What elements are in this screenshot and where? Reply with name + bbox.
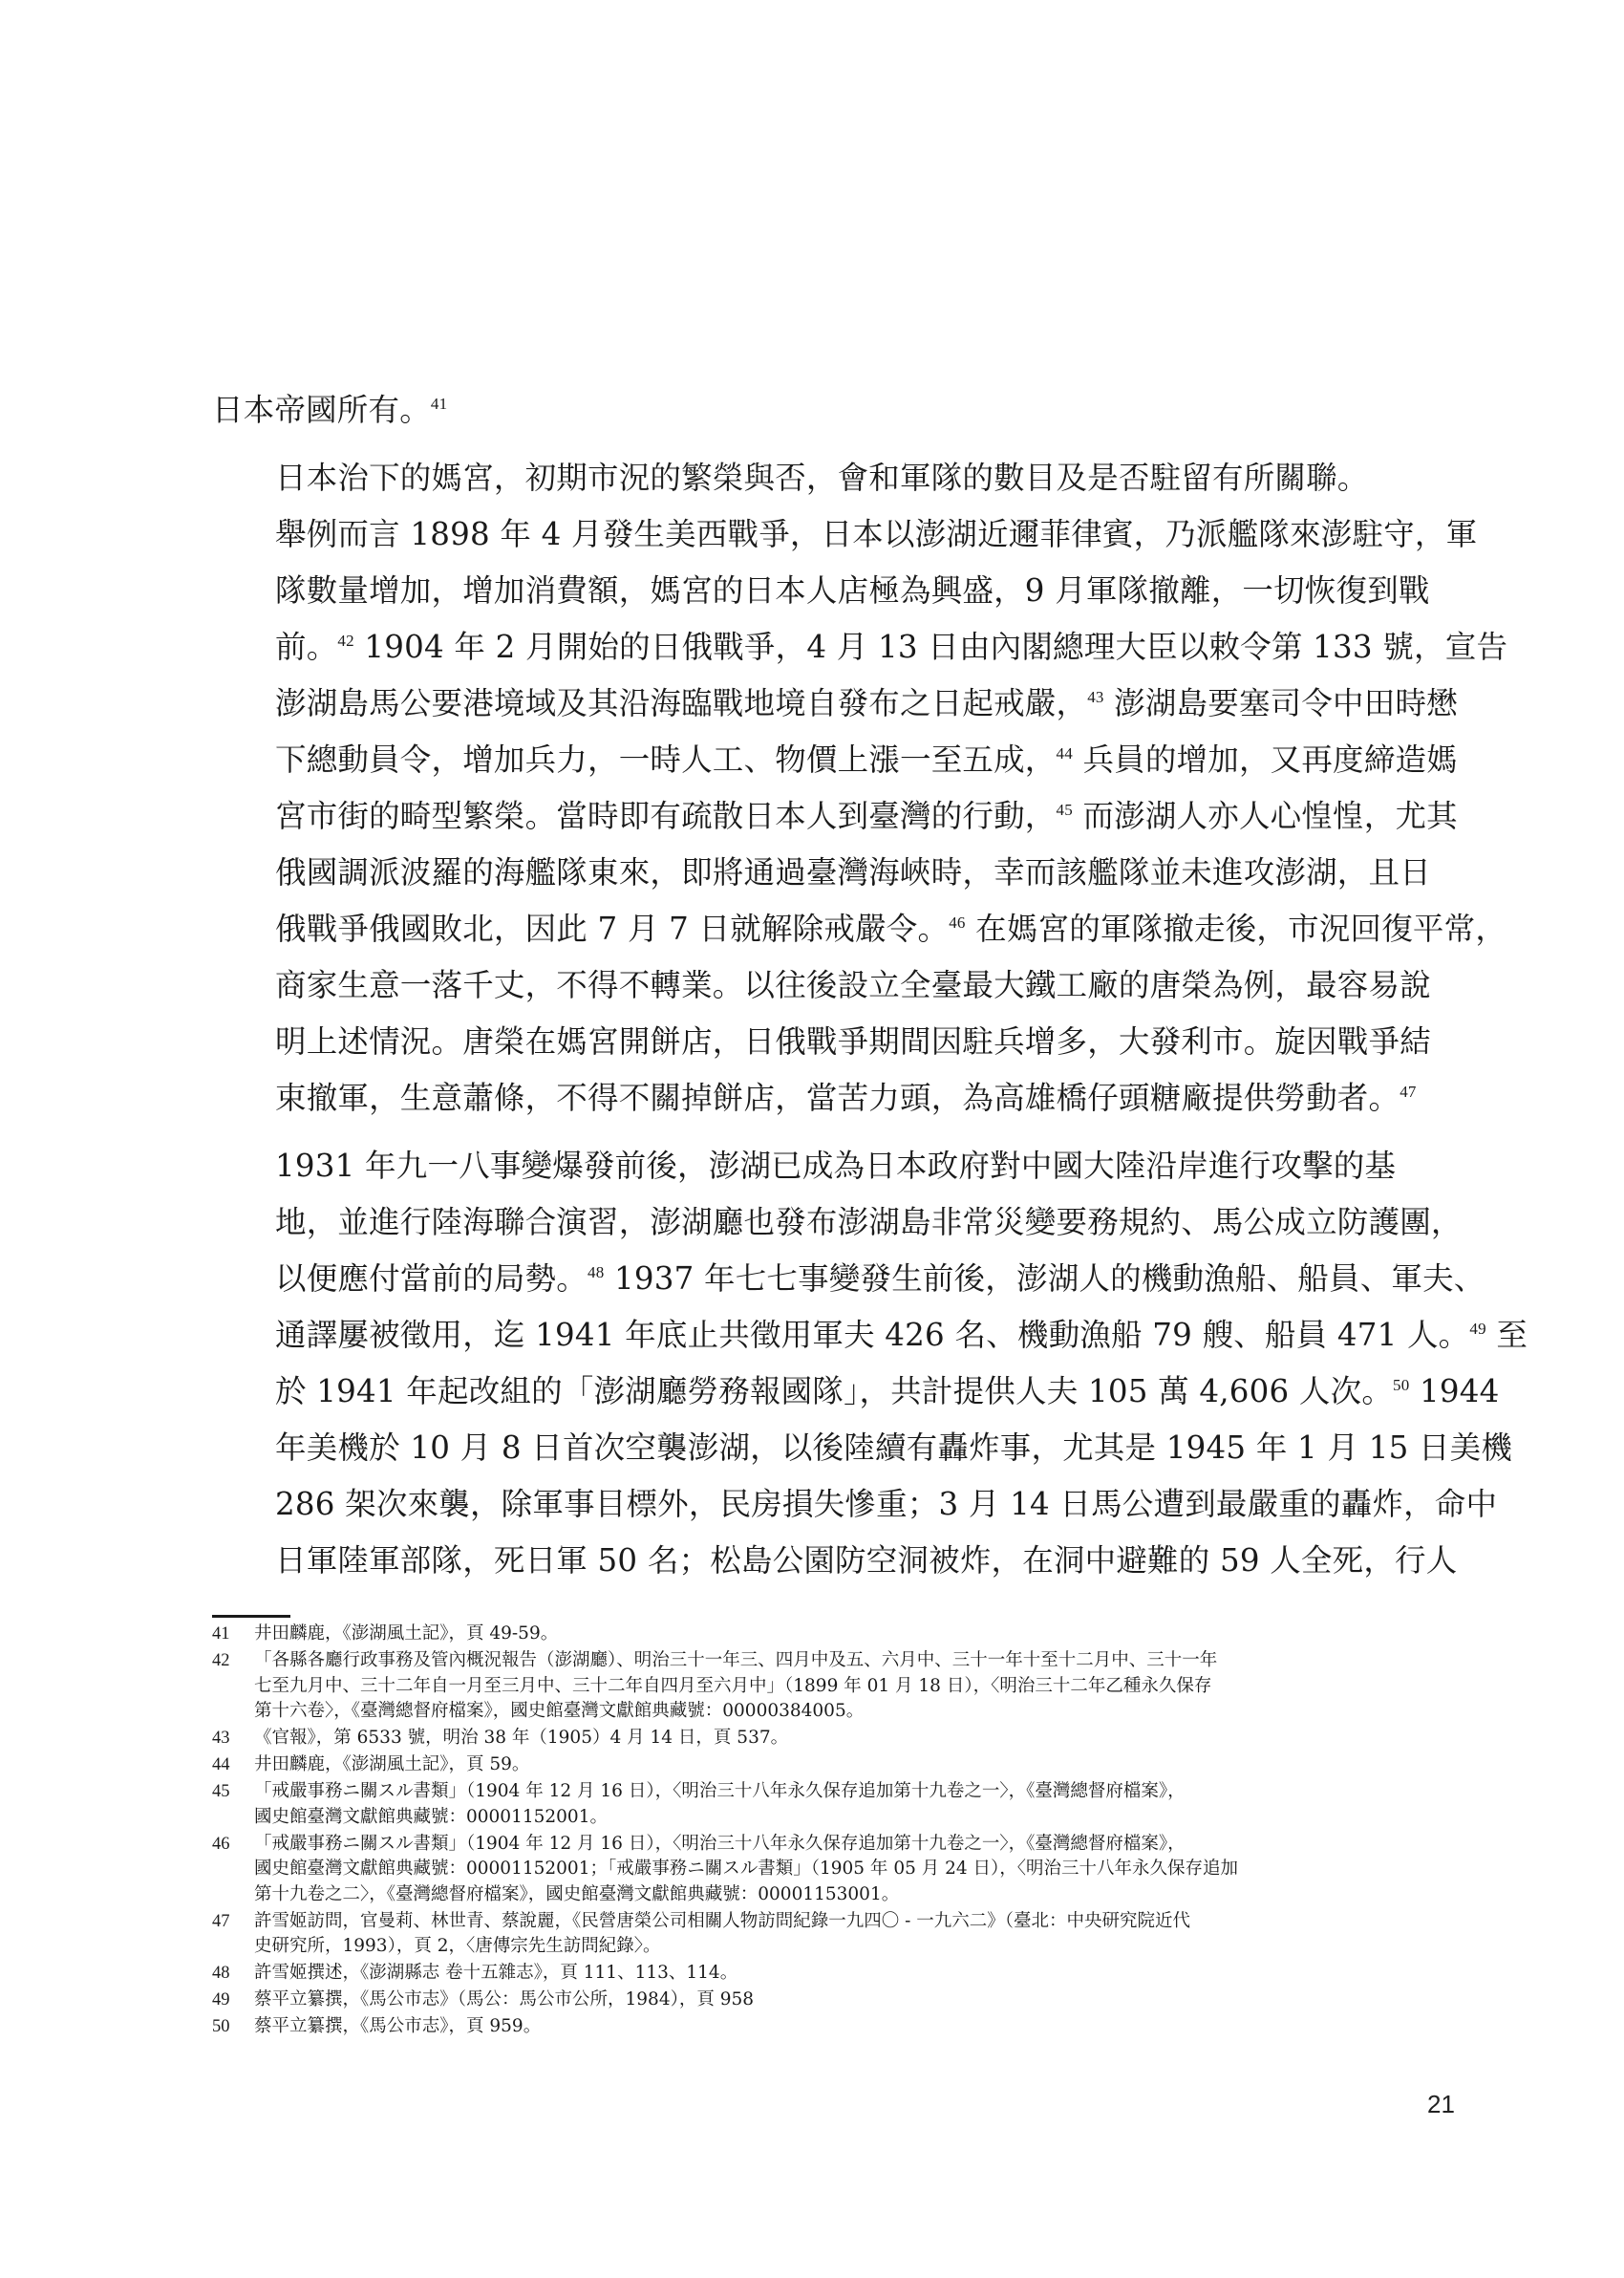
- footnote-text: 七至九月中、三十二年自一月至三月中、三十二年自四月至六月中」（1899 年 01…: [254, 1674, 1418, 1700]
- footnote-reference[interactable]: 43: [1087, 688, 1103, 706]
- text-line: 日本帝國所有。41: [212, 382, 1414, 439]
- line-text-continued: 在媽宮的軍隊撤走後，市況回復平常，: [966, 911, 1506, 947]
- footnote-42: 42「各縣各廳行政事務及管內概況報告（澎湖廳）、明治三十一年三、四月中及五、六月…: [212, 1648, 1418, 1725]
- line-text: 俄戰爭俄國敗北，因此 7 月 7 日就解除戒嚴令。: [275, 911, 949, 947]
- footnote-reference[interactable]: 50: [1393, 1376, 1409, 1394]
- text-line: 於 1941 年起改組的「澎湖廳勞務報國隊」，共計提供人夫 105 萬 4,60…: [212, 1364, 1414, 1420]
- text-line: 俄戰爭俄國敗北，因此 7 月 7 日就解除戒嚴令。46 在媽宮的軍隊撤走後，市況…: [212, 901, 1414, 957]
- line-text-continued: 1944: [1409, 1373, 1499, 1409]
- text-line: 宮市街的畸型繁榮。當時即有疏散日本人到臺灣的行動，45 而澎湖人亦人心惶惶，尤其: [212, 788, 1414, 845]
- footnote-reference[interactable]: 47: [1400, 1083, 1416, 1101]
- line-text: 下總動員令，增加兵力，一時人工、物價上漲一至五成，: [275, 741, 1057, 778]
- footnote-text: 「戒嚴事務ニ關スル書類」（1904 年 12 月 16 日），〈明治三十八年永久…: [254, 1832, 1418, 1858]
- line-text-continued: 1904 年 2 月開始的日俄戰爭，4 月 13 日由內閣總理大臣以敕令第 13…: [354, 629, 1507, 665]
- text-line: 日本治下的媽宮，初期市況的繁榮與否，會和軍隊的數目及是否駐留有所關聯。: [212, 450, 1414, 506]
- line-text: 明上述情況。唐榮在媽宮開餅店，日俄戰爭期間因駐兵增多，大發利市。旋因戰爭結: [275, 1023, 1431, 1060]
- line-text-continued: 兵員的增加，又再度締造媽: [1073, 741, 1458, 778]
- footnote-number: 48: [212, 1961, 230, 1987]
- document-page: 日本帝國所有。41日本治下的媽宮，初期市況的繁榮與否，會和軍隊的數目及是否駐留有…: [0, 0, 1624, 2278]
- paragraph: 日本治下的媽宮，初期市況的繁榮與否，會和軍隊的數目及是否駐留有所關聯。舉例而言 …: [212, 450, 1414, 1127]
- line-text-continued: 1937 年七七事變發生前後，澎湖人的機動漁船、船員、軍夫、: [604, 1260, 1485, 1297]
- footnote-41: 41井田麟鹿，《澎湖風土記》，頁 49-59。: [212, 1622, 1418, 1647]
- line-text: 286 架次來襲，除軍事目標外，民房損失慘重；3 月 14 日馬公遭到最嚴重的轟…: [275, 1486, 1497, 1522]
- footnote-number: 43: [212, 1726, 230, 1751]
- text-line: 明上述情況。唐榮在媽宮開餅店，日俄戰爭期間因駐兵增多，大發利市。旋因戰爭結: [212, 1014, 1414, 1070]
- footnote-reference[interactable]: 48: [588, 1263, 604, 1281]
- line-text: 地，並進行陸海聯合演習，澎湖廳也發布澎湖島非常災變要務規約、馬公成立防護團，: [275, 1204, 1463, 1240]
- text-line: 通譯屢被徵用，迄 1941 年底止共徵用軍夫 426 名、機動漁船 79 艘、船…: [212, 1307, 1414, 1364]
- footnote-reference[interactable]: 45: [1057, 801, 1073, 819]
- footnote-50: 50蔡平立纂撰，《馬公市志》，頁 959。: [212, 2014, 1418, 2040]
- footnote-text: 井田麟鹿，《澎湖風土記》，頁 49-59。: [254, 1622, 1418, 1647]
- text-line: 地，並進行陸海聯合演習，澎湖廳也發布澎湖島非常災變要務規約、馬公成立防護團，: [212, 1194, 1414, 1251]
- text-line: 以便應付當前的局勢。48 1937 年七七事變發生前後，澎湖人的機動漁船、船員、…: [212, 1251, 1414, 1307]
- text-line: 1931 年九一八事變爆發前後，澎湖已成為日本政府對中國大陸沿岸進行攻擊的基: [212, 1138, 1414, 1194]
- footnote-text: 蔡平立纂撰，《馬公市志》，頁 959。: [254, 2014, 1418, 2040]
- line-text: 1931 年九一八事變爆發前後，澎湖已成為日本政府對中國大陸沿岸進行攻擊的基: [275, 1148, 1396, 1184]
- text-line: 年美機於 10 月 8 日首次空襲澎湖，以後陸續有轟炸事，尤其是 1945 年 …: [212, 1420, 1414, 1476]
- page-number: 21: [1427, 2090, 1455, 2119]
- line-text: 年美機於 10 月 8 日首次空襲澎湖，以後陸續有轟炸事，尤其是 1945 年 …: [275, 1429, 1512, 1466]
- footnote-number: 42: [212, 1648, 230, 1674]
- footnote-text: 許雪姬撰述，《澎湖縣志 卷十五雜志》，頁 111、113、114。: [254, 1961, 1418, 1987]
- line-text: 澎湖島馬公要港境域及其沿海臨戰地境自發布之日起戒嚴，: [275, 685, 1087, 721]
- footnote-text: 第十六卷〉，《臺灣總督府檔案》，國史館臺灣文獻館典藏號：00000384005。: [254, 1699, 1418, 1725]
- footnote-reference[interactable]: 49: [1469, 1320, 1485, 1338]
- footnote-number: 44: [212, 1752, 230, 1778]
- line-text: 舉例而言 1898 年 4 月發生美西戰爭，日本以澎湖近邇菲律賓，乃派艦隊來澎駐…: [275, 516, 1477, 552]
- line-text: 前。: [275, 629, 337, 665]
- line-text: 於 1941 年起改組的「澎湖廳勞務報國隊」，共計提供人夫 105 萬 4,60…: [275, 1373, 1393, 1409]
- text-line: 舉例而言 1898 年 4 月發生美西戰爭，日本以澎湖近邇菲律賓，乃派艦隊來澎駐…: [212, 506, 1414, 563]
- footnote-45: 45「戒嚴事務ニ關スル書類」（1904 年 12 月 16 日），〈明治三十八年…: [212, 1779, 1418, 1830]
- line-text: 日本治下的媽宮，初期市況的繁榮與否，會和軍隊的數目及是否駐留有所關聯。: [275, 460, 1369, 496]
- line-text: 隊數量增加，增加消費額，媽宮的日本人店極為興盛，9 月軍隊撤離，一切恢復到戰: [275, 572, 1430, 609]
- footnote-separator: [212, 1615, 290, 1618]
- line-text: 束撤軍，生意蕭條，不得不關掉餅店，當苦力頭，為高雄橋仔頭糖廠提供勞動者。: [275, 1080, 1400, 1116]
- footnote-44: 44井田麟鹿，《澎湖風土記》，頁 59。: [212, 1752, 1418, 1778]
- footnote-text: 《官報》，第 6533 號，明治 38 年（1905）4 月 14 日，頁 53…: [254, 1726, 1418, 1751]
- line-text-continued: 至: [1486, 1317, 1528, 1353]
- body-text: 日本帝國所有。41日本治下的媽宮，初期市況的繁榮與否，會和軍隊的數目及是否駐留有…: [212, 382, 1414, 1589]
- footnote-reference[interactable]: 41: [431, 395, 447, 413]
- text-line: 前。42 1904 年 2 月開始的日俄戰爭，4 月 13 日由內閣總理大臣以敕…: [212, 619, 1414, 676]
- text-line: 日軍陸軍部隊，死日軍 50 名；松島公園防空洞被炸，在洞中避難的 59 人全死，…: [212, 1533, 1414, 1589]
- footnote-48: 48許雪姬撰述，《澎湖縣志 卷十五雜志》，頁 111、113、114。: [212, 1961, 1418, 1987]
- line-text: 宮市街的畸型繁榮。當時即有疏散日本人到臺灣的行動，: [275, 798, 1057, 834]
- footnote-47: 47許雪姬訪問，官曼莉、林世青、蔡說麗，《民營唐榮公司相關人物訪問紀錄一九四〇 …: [212, 1909, 1418, 1960]
- paragraph: 1931 年九一八事變爆發前後，澎湖已成為日本政府對中國大陸沿岸進行攻擊的基地，…: [212, 1138, 1414, 1589]
- text-line: 隊數量增加，增加消費額，媽宮的日本人店極為興盛，9 月軍隊撤離，一切恢復到戰: [212, 563, 1414, 619]
- footnote-number: 45: [212, 1779, 230, 1805]
- text-line: 286 架次來襲，除軍事目標外，民房損失慘重；3 月 14 日馬公遭到最嚴重的轟…: [212, 1476, 1414, 1533]
- footnote-49: 49蔡平立纂撰，《馬公市志》（馬公：馬公市公所，1984），頁 958: [212, 1988, 1418, 2013]
- text-line: 俄國調派波羅的海艦隊東來，即將通過臺灣海峽時，幸而該艦隊並未進攻澎湖，且日: [212, 845, 1414, 901]
- footnotes: 41井田麟鹿，《澎湖風土記》，頁 49-59。42「各縣各廳行政事務及管內概況報…: [212, 1622, 1418, 2041]
- footnote-text: 許雪姬訪問，官曼莉、林世青、蔡說麗，《民營唐榮公司相關人物訪問紀錄一九四〇 - …: [254, 1909, 1418, 1935]
- text-line: 下總動員令，增加兵力，一時人工、物價上漲一至五成，44 兵員的增加，又再度締造媽: [212, 732, 1414, 788]
- line-text: 日軍陸軍部隊，死日軍 50 名；松島公園防空洞被炸，在洞中避難的 59 人全死，…: [275, 1542, 1457, 1579]
- footnote-number: 49: [212, 1988, 230, 2013]
- line-text: 通譯屢被徵用，迄 1941 年底止共徵用軍夫 426 名、機動漁船 79 艘、船…: [275, 1317, 1469, 1353]
- footnote-text: 蔡平立纂撰，《馬公市志》（馬公：馬公市公所，1984），頁 958: [254, 1988, 1418, 2013]
- footnote-46: 46「戒嚴事務ニ關スル書類」（1904 年 12 月 16 日），〈明治三十八年…: [212, 1832, 1418, 1908]
- footnote-43: 43《官報》，第 6533 號，明治 38 年（1905）4 月 14 日，頁 …: [212, 1726, 1418, 1751]
- footnote-reference[interactable]: 46: [949, 913, 965, 932]
- line-text: 日本帝國所有。: [212, 392, 431, 428]
- text-line: 束撤軍，生意蕭條，不得不關掉餅店，當苦力頭，為高雄橋仔頭糖廠提供勞動者。47: [212, 1070, 1414, 1127]
- line-text: 以便應付當前的局勢。: [275, 1260, 588, 1297]
- footnote-text: 國史館臺灣文獻館典藏號：00001152001；「戒嚴事務ニ關スル書類」（190…: [254, 1857, 1418, 1882]
- footnote-number: 50: [212, 2014, 230, 2040]
- footnote-text: 第十九卷之二〉，《臺灣總督府檔案》，國史館臺灣文獻館典藏號：0000115300…: [254, 1882, 1418, 1908]
- footnote-text: 「戒嚴事務ニ關スル書類」（1904 年 12 月 16 日），〈明治三十八年永久…: [254, 1779, 1418, 1805]
- line-text-continued: 而澎湖人亦人心惶惶，尤其: [1073, 798, 1458, 834]
- line-text: 商家生意一落千丈，不得不轉業。以往後設立全臺最大鐵工廠的唐榮為例，最容易說: [275, 967, 1431, 1003]
- footnote-number: 47: [212, 1909, 230, 1935]
- footnote-text: 國史館臺灣文獻館典藏號：00001152001。: [254, 1805, 1418, 1831]
- line-text: 俄國調派波羅的海艦隊東來，即將通過臺灣海峽時，幸而該艦隊並未進攻澎湖，且日: [275, 854, 1431, 891]
- line-text-continued: 澎湖島要塞司令中田時懋: [1104, 685, 1458, 721]
- text-line: 澎湖島馬公要港境域及其沿海臨戰地境自發布之日起戒嚴，43 澎湖島要塞司令中田時懋: [212, 676, 1414, 732]
- footnote-text: 井田麟鹿，《澎湖風土記》，頁 59。: [254, 1752, 1418, 1778]
- paragraph: 日本帝國所有。41: [212, 382, 1414, 439]
- footnote-reference[interactable]: 42: [337, 632, 353, 650]
- footnote-reference[interactable]: 44: [1057, 744, 1073, 763]
- text-line: 商家生意一落千丈，不得不轉業。以往後設立全臺最大鐵工廠的唐榮為例，最容易說: [212, 957, 1414, 1014]
- footnote-text: 「各縣各廳行政事務及管內概況報告（澎湖廳）、明治三十一年三、四月中及五、六月中、…: [254, 1648, 1418, 1674]
- footnote-number: 41: [212, 1622, 230, 1647]
- footnote-number: 46: [212, 1832, 230, 1858]
- footnote-text: 史研究所，1993），頁 2，〈唐傳宗先生訪問紀錄〉。: [254, 1934, 1418, 1960]
